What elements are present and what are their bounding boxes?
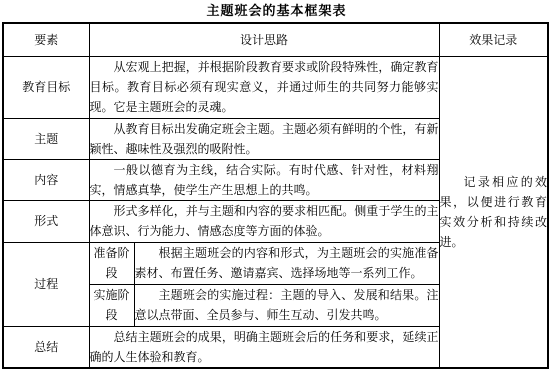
header-cell-elements: 要素 [3, 23, 89, 56]
row-label: 内容 [3, 159, 89, 200]
row-content: 从教育目标出发确定班会主题。主题必须有鲜明的个性，有新颖性、趣味性及强烈的吸附性… [89, 118, 439, 159]
row-label: 形式 [3, 200, 89, 242]
row-label: 教育目标 [3, 56, 89, 118]
row-content: 从宏观上把握，并根据阶段教育要求或阶段特殊性，确定教育目标。教育目标必须有现实意… [89, 56, 439, 118]
table-row-education-goal: 教育目标 从宏观上把握，并根据阶段教育要求或阶段特殊性，确定教育目标。教育目标必… [3, 56, 548, 118]
header-cell-design: 设计思路 [89, 23, 439, 56]
effect-note-cell: 记录相应的效果，以便进行教育实效分析和持续改进。 [439, 56, 548, 368]
header-cell-effect: 效果记录 [439, 23, 548, 56]
page-title: 主题班会的基本框架表 [0, 2, 553, 20]
row-content: 形式多样化，并与主题和内容的要求相匹配。侧重于学生的主体意识、行为能力、情感态度… [89, 200, 439, 242]
row-label: 过程 [3, 242, 89, 326]
process-stage-label: 实施阶段 [89, 284, 134, 326]
header-row: 要素 设计思路 效果记录 [3, 23, 548, 56]
process-stage-content: 主题班会的实施过程：主题的导入、发展和结果。注意以点带面、全员参与、师生互动、引… [134, 284, 439, 326]
row-content: 总结主题班会的成果，明确主题班会后的任务和要求，延续正确的人生体验和教育。 [89, 326, 439, 368]
process-stage-label: 准备阶段 [89, 242, 134, 284]
row-label: 总结 [3, 326, 89, 368]
framework-table: 要素 设计思路 效果记录 教育目标 从宏观上把握，并根据阶段教育要求或阶段特殊性… [2, 22, 549, 369]
row-label: 主题 [3, 118, 89, 159]
row-content: 一般以德育为主线，结合实际。有时代感、针对性，材料翔实，情感真挚，使学生产生思想… [89, 159, 439, 200]
process-stage-content: 根据主题班会的内容和形式，为主题班会的实施准备素材、布置任务、邀请嘉宾、选择场地… [134, 242, 439, 284]
